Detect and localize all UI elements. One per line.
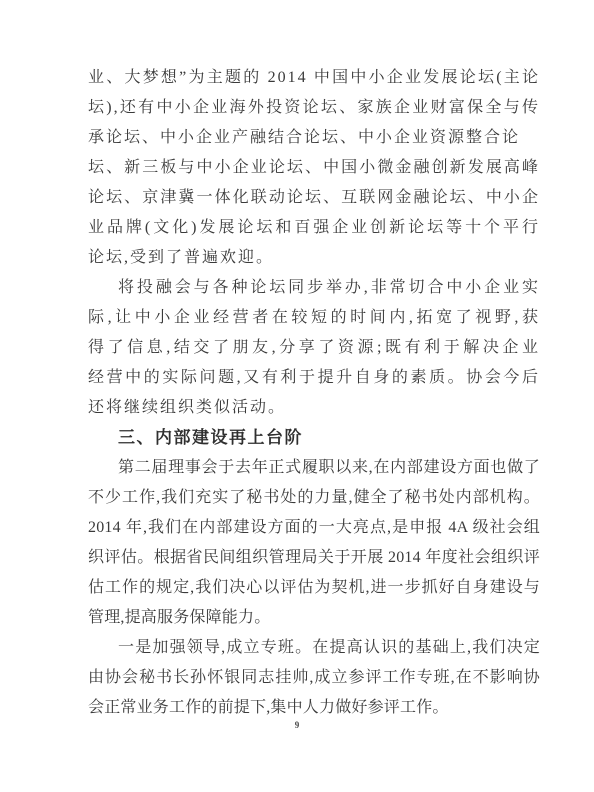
document-body: 业、大梦想”为主题的 2014 中国中小企业发展论坛(主论 坛),还有中小企业海… [88, 63, 540, 723]
text-line: 经营中的实际问题,又有利于提升自身的素质。协会今后 [88, 363, 540, 393]
text-line: 估工作的规定,我们决心以评估为契机,进一步抓好自身建设与 [88, 573, 540, 603]
page-number: 9 [0, 716, 594, 734]
text-line: 业、大梦想”为主题的 2014 中国中小企业发展论坛(主论 [88, 63, 540, 93]
text-line: 织评估。根据省民间组织管理局关于开展 2014 年度社会组织评 [88, 543, 540, 573]
text-line: 论坛,受到了普遍欢迎。 [88, 243, 540, 273]
text-line: 还将继续组织类似活动。 [88, 393, 540, 423]
text-line: 业品牌(文化)发展论坛和百强企业创新论坛等十个平行 [88, 213, 540, 243]
text-line: 一是加强领导,成立专班。在提高认识的基础上,我们决定 [88, 633, 540, 663]
text-line: 得了信息,结交了朋友,分享了资源;既有利于解决企业 [88, 333, 540, 363]
text-line: 由协会秘书长孙怀银同志挂帅,成立参评工作专班,在不影响协 [88, 663, 540, 693]
text-line: 不少工作,我们充实了秘书处的力量,健全了秘书处内部机构。 [88, 483, 540, 513]
text-line: 承论坛、中小企业产融结合论坛、中小企业资源整合论 [88, 123, 540, 153]
section-heading: 三、内部建设再上台阶 [88, 423, 540, 453]
text-line: 坛),还有中小企业海外投资论坛、家族企业财富保全与传 [88, 93, 540, 123]
text-line: 际,让中小企业经营者在较短的时间内,拓宽了视野,获 [88, 303, 540, 333]
text-line: 2014 年,我们在内部建设方面的一大亮点,是申报 4A 级社会组 [88, 513, 540, 543]
text-line: 坛、新三板与中小企业论坛、中国小微金融创新发展高峰 [88, 153, 540, 183]
text-line: 论坛、京津冀一体化联动论坛、互联网金融论坛、中小企 [88, 183, 540, 213]
document-page: 业、大梦想”为主题的 2014 中国中小企业发展论坛(主论 坛),还有中小企业海… [0, 0, 594, 792]
text-line: 第二届理事会于去年正式履职以来,在内部建设方面也做了 [88, 453, 540, 483]
text-line: 将投融会与各种论坛同步举办,非常切合中小企业实 [88, 273, 540, 303]
text-line: 管理,提高服务保障能力。 [88, 603, 540, 633]
